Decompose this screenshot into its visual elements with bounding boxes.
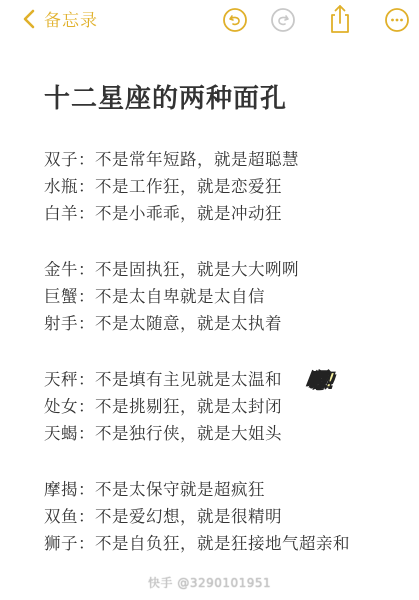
zodiac-line-aquarius: 水瓶：不是工作狂，就是恋爱狂 [44,173,299,200]
share-icon[interactable] [327,4,353,34]
chevron-left-icon [22,8,36,30]
zodiac-line-pisces: 双鱼：不是爱幻想，就是很精明 [44,503,350,530]
navigation-bar: 备忘录 [0,0,419,44]
zodiac-line-capricorn: 摩揭：不是太保守就是超疯狂 [44,476,350,503]
redo-icon[interactable] [270,7,296,33]
sticker-emoji: 嗯! [304,367,352,393]
back-button[interactable]: 备忘录 [22,6,98,31]
zodiac-group-2: 金牛：不是固执狂，就是大大咧咧 巨蟹：不是太自卑就是太自信 射手：不是太随意，就… [44,256,299,337]
zodiac-group-1: 双子：不是常年短路，就是超聪慧 水瓶：不是工作狂，就是恋爱狂 白羊：不是小乖乖，… [44,146,299,227]
zodiac-line-cancer: 巨蟹：不是太自卑就是太自信 [44,283,299,310]
zodiac-line-scorpio: 天蝎：不是独行侠，就是大姐头 [44,420,282,447]
watermark: 快手 @3290101951 [148,574,271,591]
zodiac-line-leo: 狮子：不是自负狂，就是狂接地气超亲和 [44,530,350,557]
zodiac-line-taurus: 金牛：不是固执狂，就是大大咧咧 [44,256,299,283]
zodiac-line-aries: 白羊：不是小乖乖，就是冲动狂 [44,200,299,227]
zodiac-line-virgo: 处女：不是挑剔狂，就是太封闭 [44,393,282,420]
back-label: 备忘录 [44,6,98,31]
note-title: 十二星座的两种面孔 [44,78,287,115]
zodiac-group-3: 天秤：不是填有主见就是太温和 处女：不是挑剔狂，就是太封闭 天蝎：不是独行侠，就… [44,366,282,447]
undo-icon[interactable] [222,7,248,33]
more-icon[interactable] [384,7,410,33]
zodiac-line-libra: 天秤：不是填有主见就是太温和 [44,366,282,393]
zodiac-line-sagittarius: 射手：不是太随意，就是太执着 [44,310,299,337]
zodiac-line-gemini: 双子：不是常年短路，就是超聪慧 [44,146,299,173]
zodiac-group-4: 摩揭：不是太保守就是超疯狂 双鱼：不是爱幻想，就是很精明 狮子：不是自负狂，就是… [44,476,350,557]
